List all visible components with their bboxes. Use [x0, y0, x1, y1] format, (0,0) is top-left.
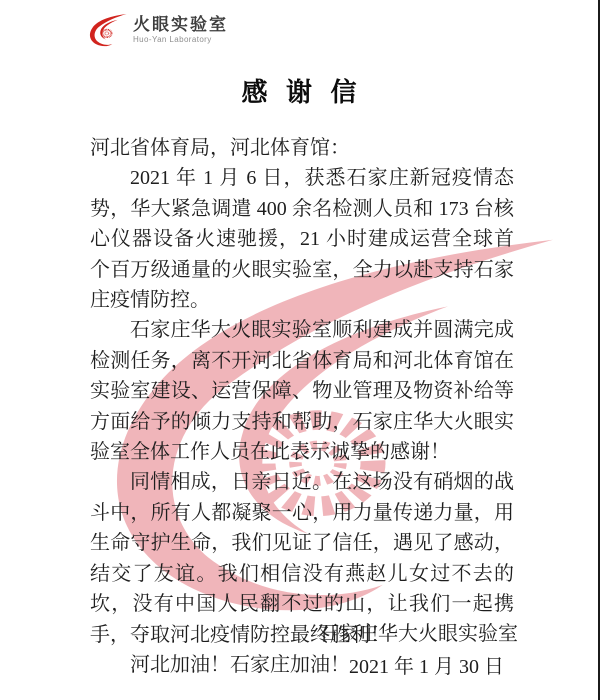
salutation: 河北省体育局，河北体育馆： [90, 133, 514, 163]
logo-name-en: Huo-Yan Laboratory [133, 36, 228, 44]
letter-page: 火眼实验室 Huo-Yan Laboratory 感 谢 信 河北省体育局，河北… [0, 0, 604, 700]
paragraph-2: 石家庄华大火眼实验室顺利建成并圆满完成检测任务，离不开河北省体育局和河北体育馆在… [90, 315, 514, 467]
signature-block: 石家庄华大火眼实验室 2021 年 1 月 30 日 [0, 618, 604, 684]
huoyan-eye-icon [85, 13, 127, 47]
logo-text: 火眼实验室 Huo-Yan Laboratory [133, 16, 228, 44]
letter-title: 感 谢 信 [0, 72, 604, 109]
huoyan-logo: 火眼实验室 Huo-Yan Laboratory [85, 13, 228, 47]
logo-name-cn: 火眼实验室 [133, 16, 228, 33]
paragraph-1: 2021 年 1 月 6 日，获悉石家庄新冠疫情态势，华大紧急调遣 400 余名… [90, 163, 514, 315]
letter-date: 2021 年 1 月 30 日 [0, 651, 604, 684]
signature: 石家庄华大火眼实验室 [0, 618, 604, 651]
page-right-border [598, 0, 600, 700]
letter-body: 河北省体育局，河北体育馆： 2021 年 1 月 6 日，获悉石家庄新冠疫情态势… [90, 133, 514, 680]
